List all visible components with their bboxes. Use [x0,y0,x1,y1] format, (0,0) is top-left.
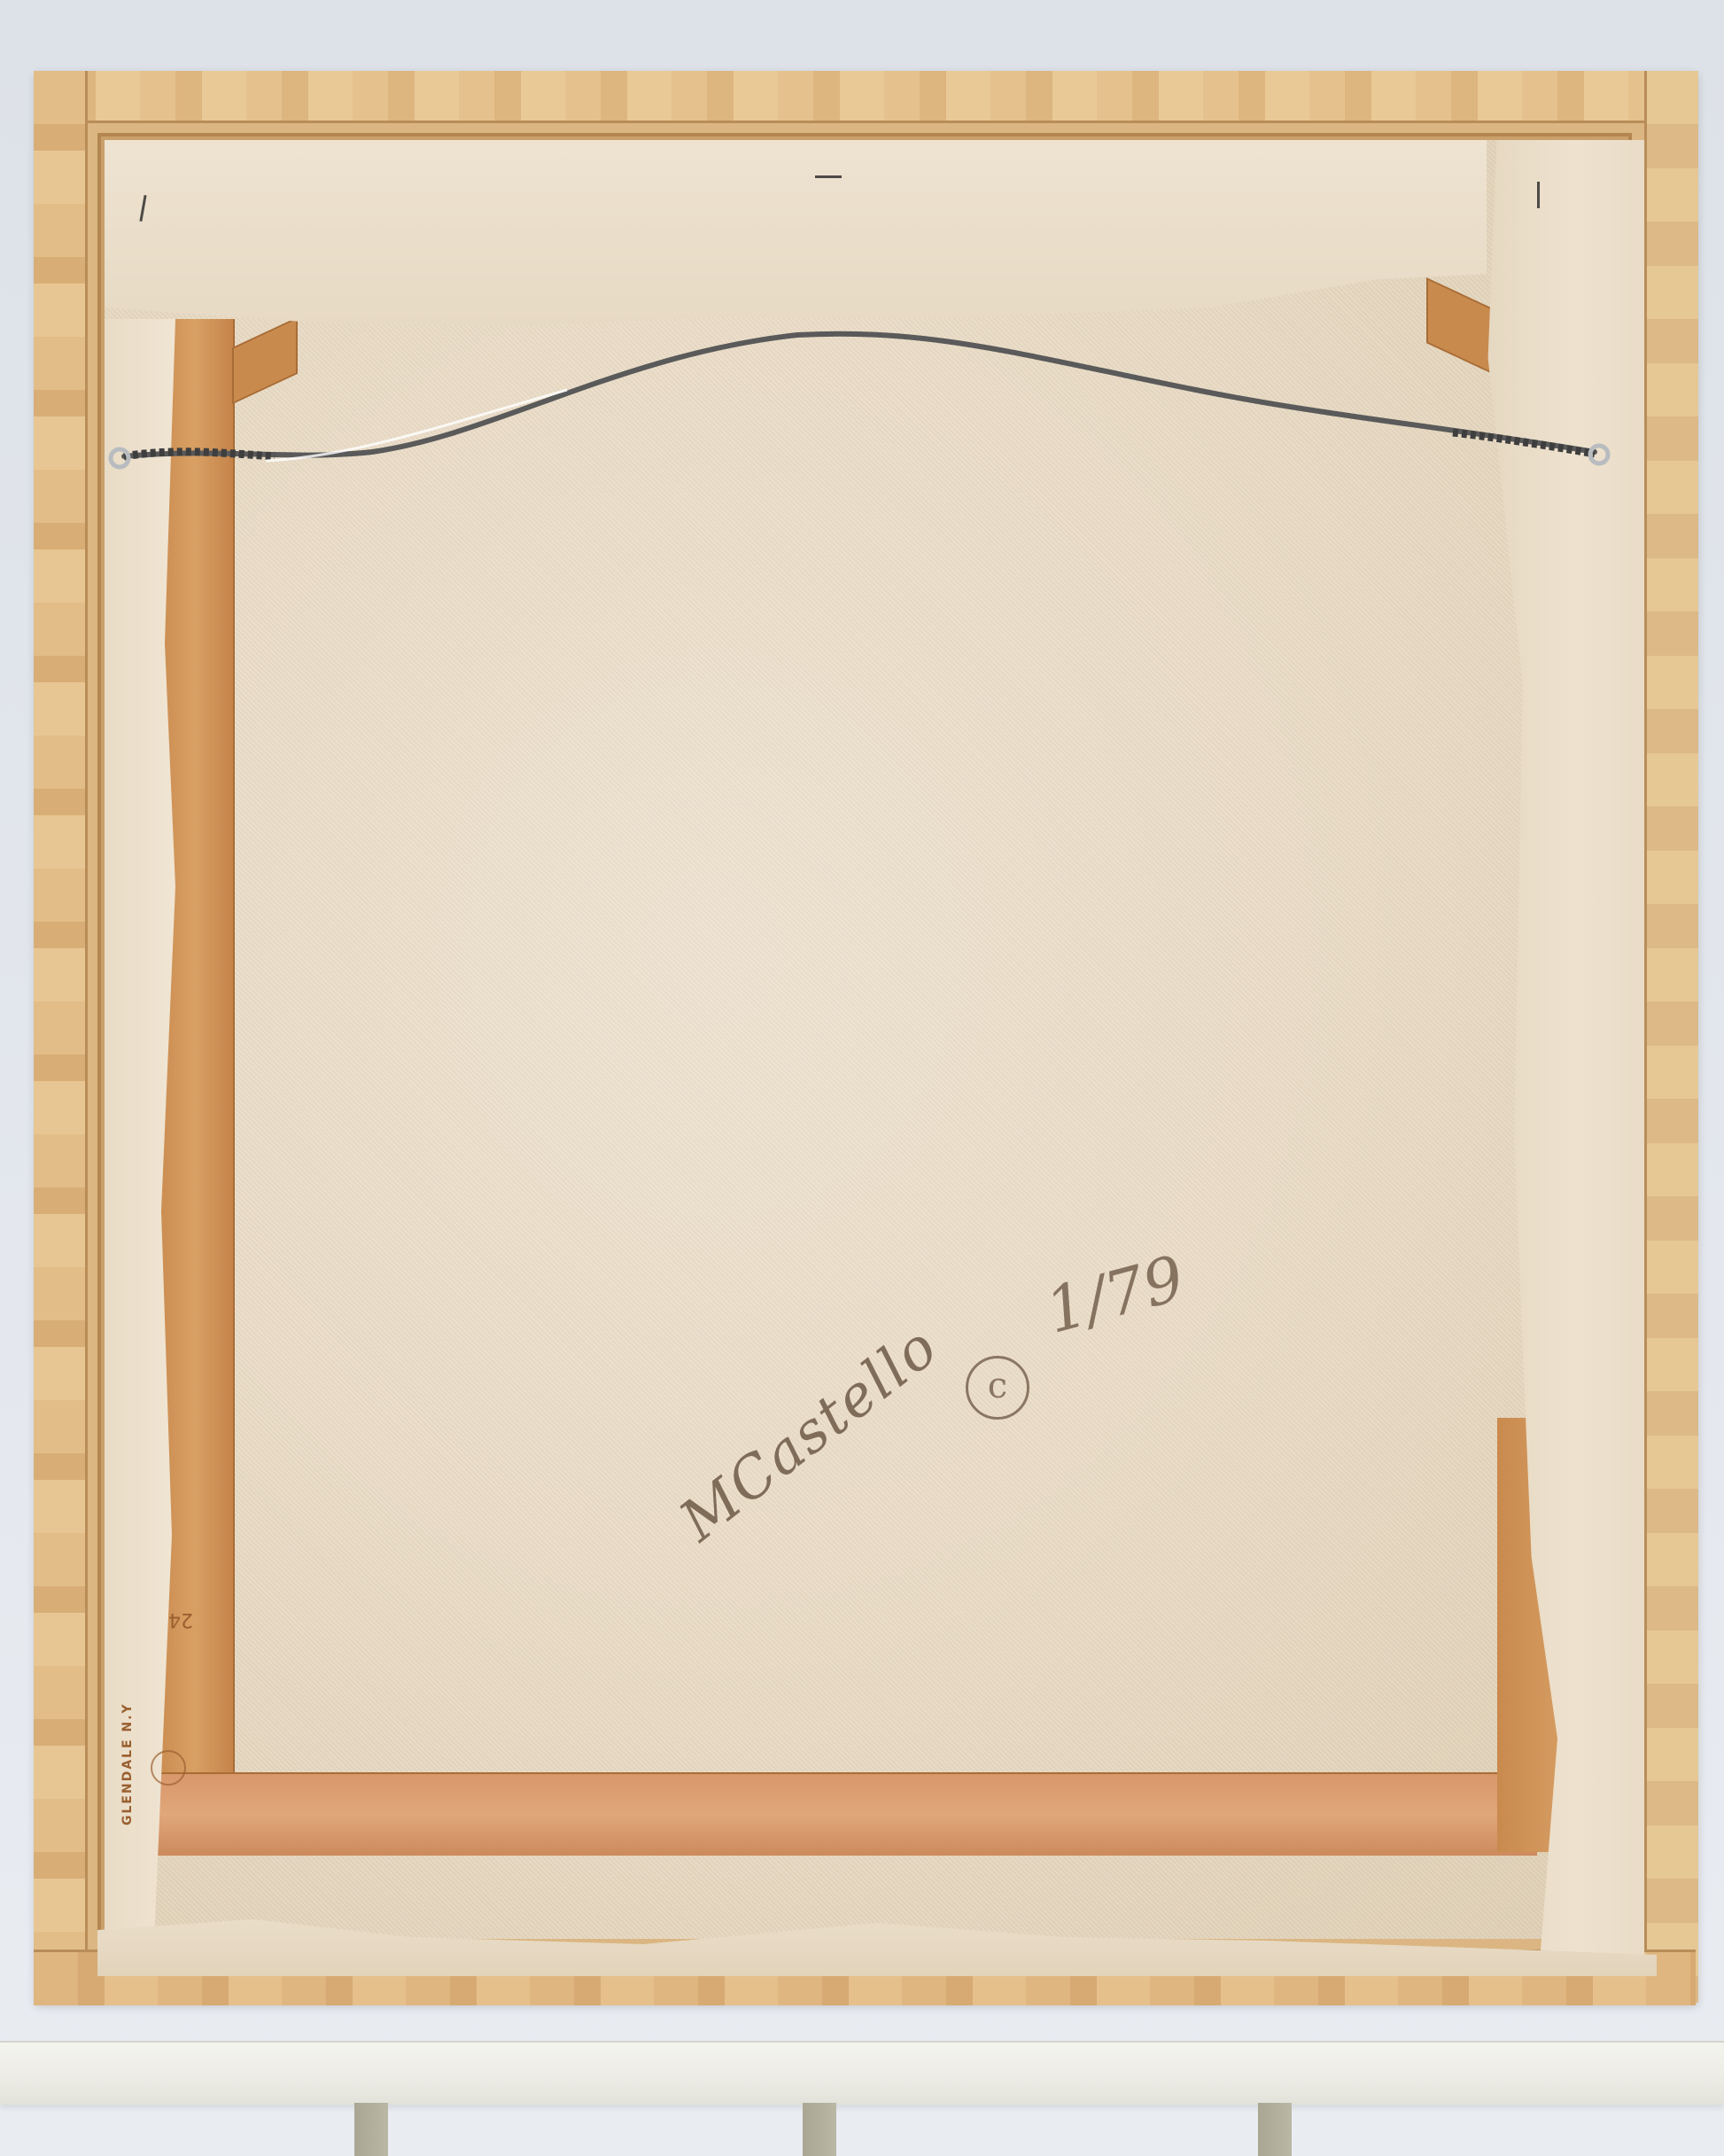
canvas-back [105,140,1625,1939]
easel-leg-center [803,2103,836,2156]
staple [1537,182,1540,208]
canvas-flap-left [105,319,175,1941]
easel-leg-left [354,2103,388,2156]
easel-leg-right [1258,2103,1292,2156]
copyright-mark-icon: c [966,1356,1029,1420]
frame-top-rail [34,71,1696,123]
easel-ledge [0,2041,1724,2105]
staple [815,175,842,178]
stretcher-size-number: 24 [168,1608,193,1631]
stretcher-maker-stamp: GLENDALE N.Y [120,1702,135,1825]
frame-left-rail [34,71,88,2003]
maker-logo-icon [151,1750,186,1786]
stretcher-bar-bottom [155,1772,1537,1856]
frame-right-rail [1644,71,1698,2003]
